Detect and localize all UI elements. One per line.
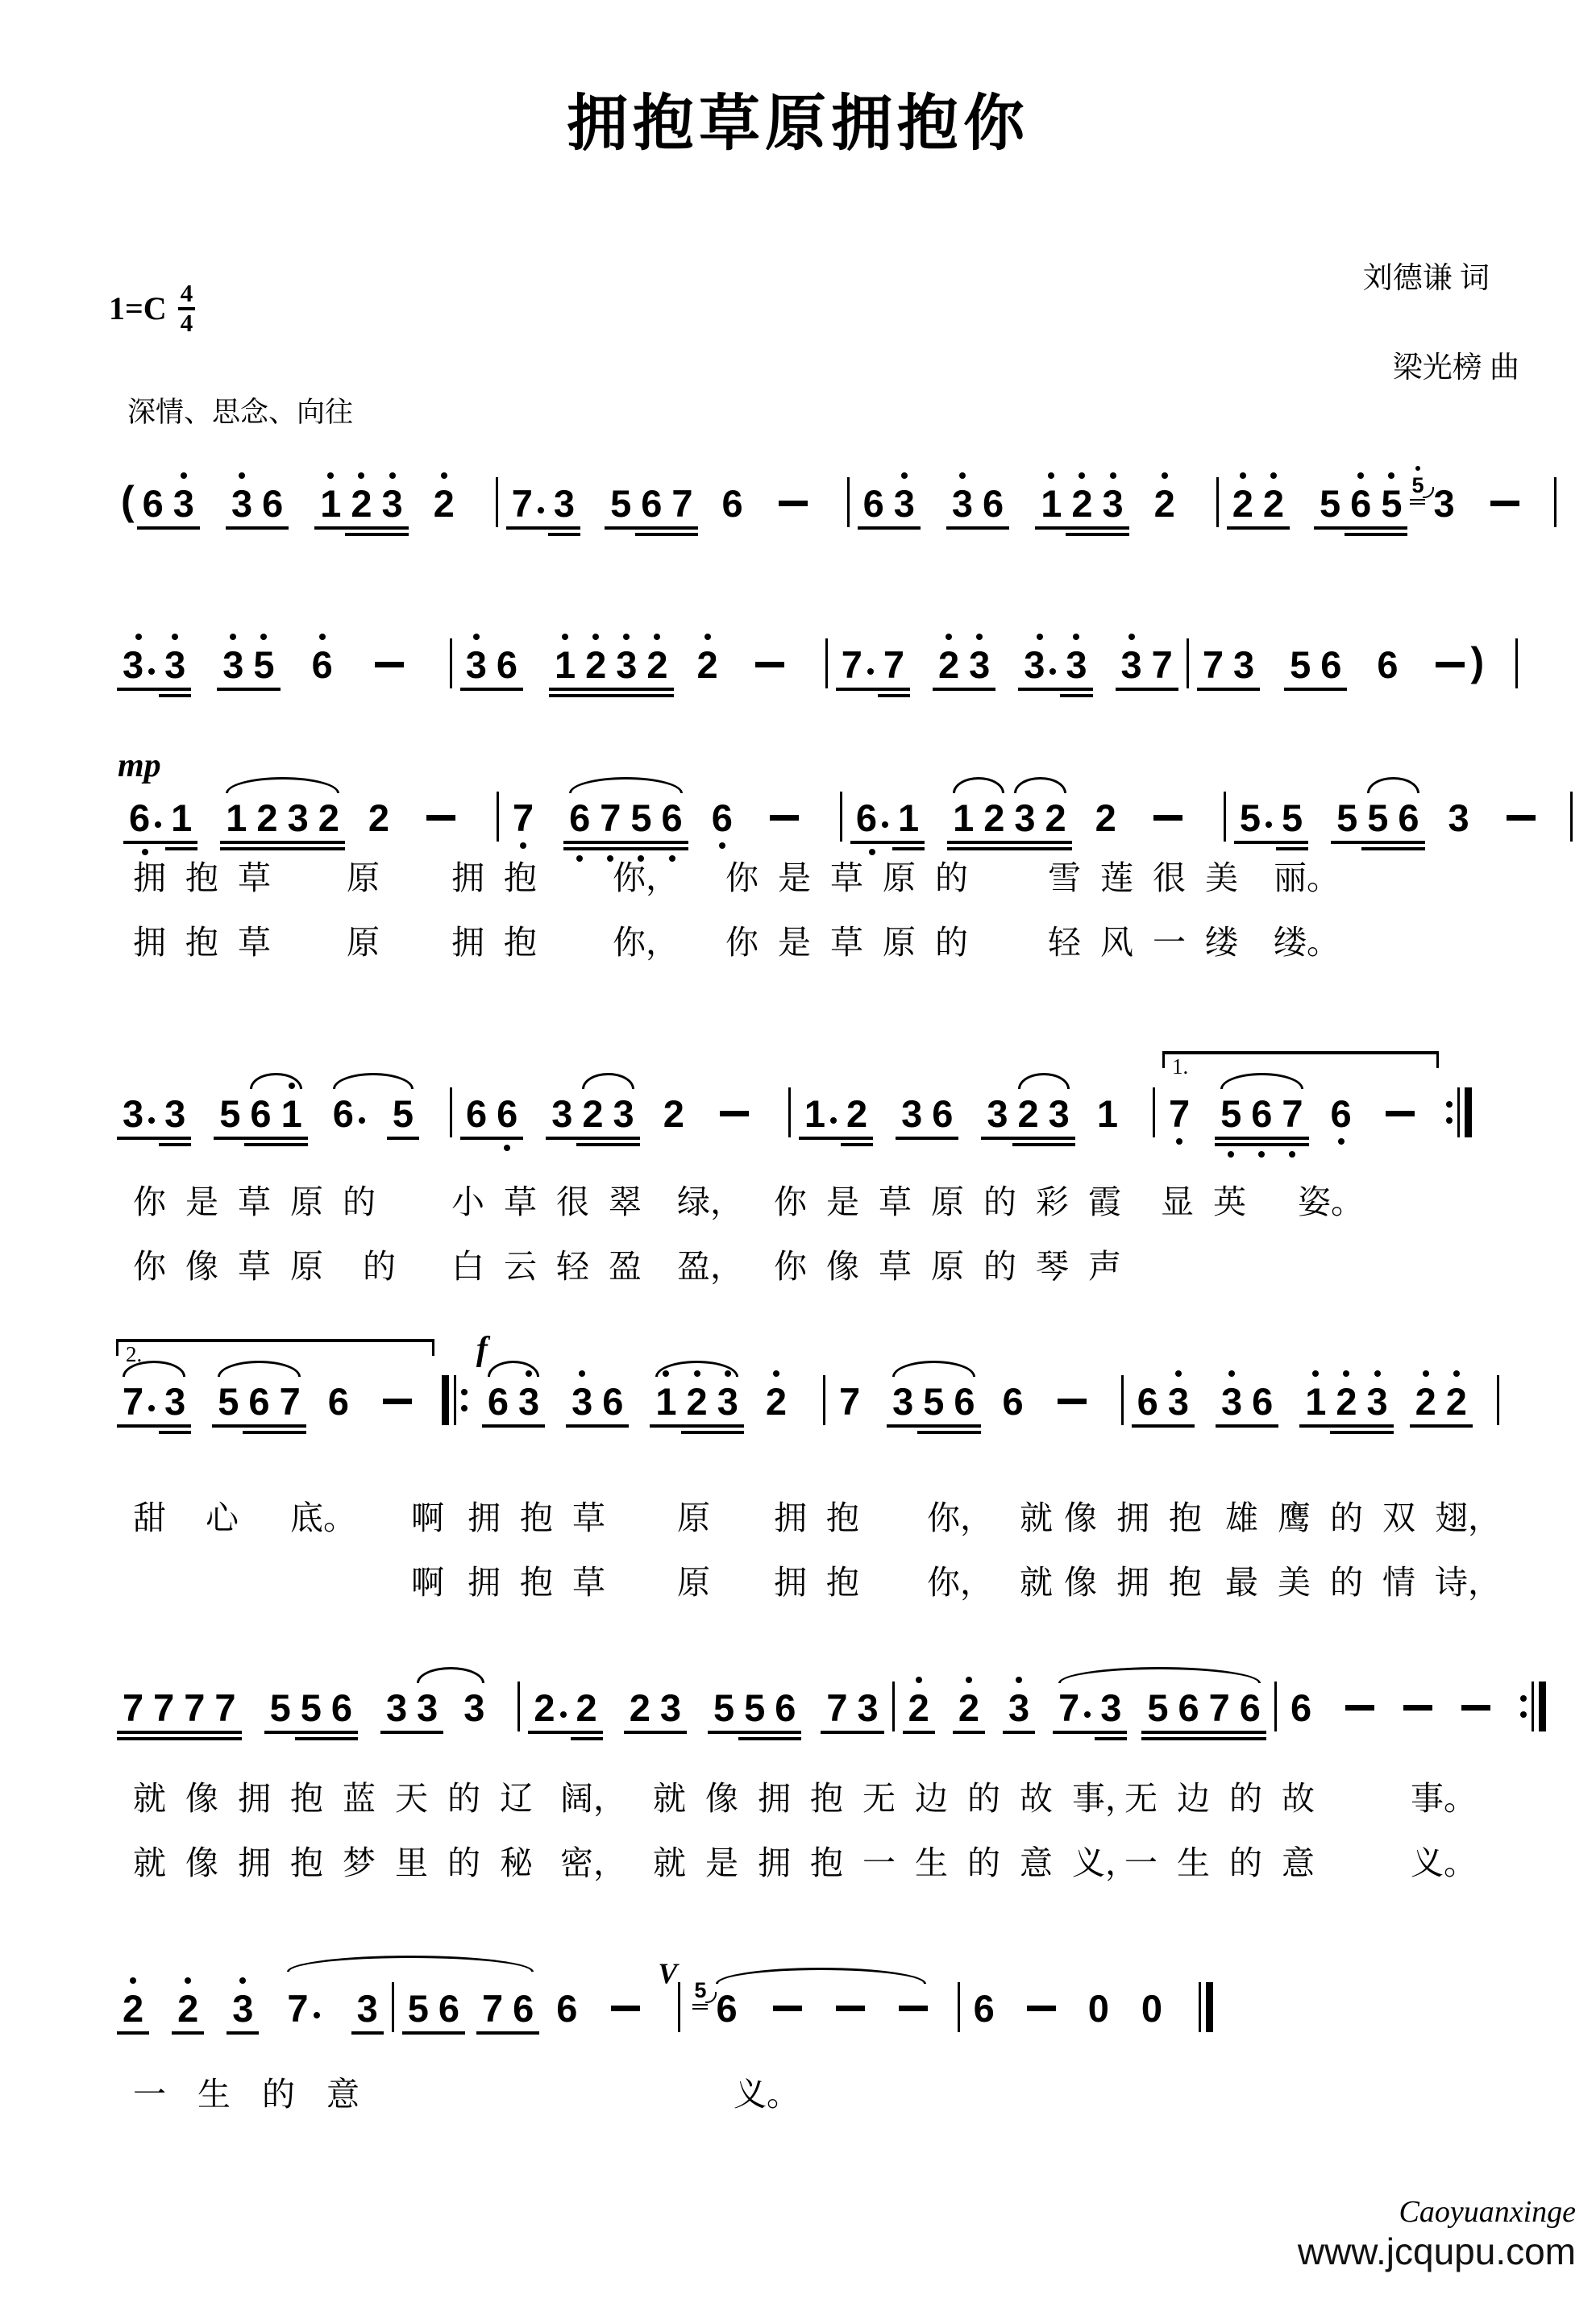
beam (566, 1424, 598, 1428)
spacer (328, 2026, 349, 2027)
beam (1141, 1737, 1174, 1740)
lyric-syllable: 抱 (290, 1836, 323, 1884)
lyric-syllable: 拥 (758, 1772, 791, 1819)
barline-thin (847, 477, 850, 527)
octave-dot (1128, 634, 1135, 640)
note: 2 (764, 1382, 788, 1420)
tempo-mood-marking: 深情、思念、向往 (127, 390, 353, 430)
lyric-syllable: 原 (347, 916, 380, 963)
barline-thin (1224, 792, 1226, 842)
spacer (547, 1419, 563, 1420)
spacer (1281, 1419, 1297, 1420)
spacer (676, 682, 689, 684)
note: 5 (299, 1689, 323, 1727)
note: 6 (331, 1095, 367, 1133)
lyric-syllable: 的 (967, 1772, 1000, 1819)
spacer (1526, 521, 1542, 522)
note: 3 (231, 1989, 255, 2027)
slur-group: 23 (1016, 1095, 1071, 1133)
note: 5 (1365, 799, 1390, 837)
spacer (202, 521, 223, 522)
lyric-syllable: 你， (613, 851, 679, 899)
note: 2 (1153, 484, 1177, 522)
barline-thin (496, 477, 498, 527)
beam (1216, 1424, 1248, 1428)
beam (1245, 1137, 1278, 1140)
lyric-syllable: 蓝 (343, 1772, 376, 1819)
note: 2 (584, 646, 608, 684)
spacer (1132, 521, 1146, 522)
lyric-syllable: 的 (343, 1175, 376, 1223)
note: 6 (437, 1989, 461, 2027)
note: 6 (710, 799, 734, 837)
beam (926, 1137, 958, 1140)
note: 5 (1288, 646, 1312, 684)
note: 7 (598, 799, 622, 837)
note: 2 (845, 1095, 869, 1133)
note: 7 (1207, 1689, 1232, 1727)
beam (1012, 1137, 1045, 1140)
spacer (462, 835, 484, 837)
spacer (1198, 1131, 1212, 1133)
spacer (868, 1419, 884, 1420)
octave-dot (230, 634, 236, 640)
beam (251, 847, 283, 850)
beam (708, 1731, 740, 1734)
slur-group: 567 (216, 1382, 301, 1420)
octave-dot (1446, 1101, 1453, 1108)
note: 5 (1335, 799, 1359, 837)
spacer (1126, 1131, 1141, 1133)
grace-note: 5 (1411, 475, 1424, 497)
beam (214, 1137, 246, 1140)
spacer (646, 2026, 659, 2027)
note: 7 (152, 1689, 176, 1727)
octave-dot (654, 634, 660, 640)
octave-dot (1289, 1151, 1295, 1158)
note: 6 (1319, 646, 1343, 684)
beam (1361, 1431, 1394, 1434)
lyric-syllable: 姿。 (1298, 1175, 1364, 1223)
beam (295, 1737, 327, 1740)
spacer (418, 1419, 430, 1420)
lyric-syllable: 啊 (411, 1556, 444, 1603)
note: 6 (972, 1989, 996, 2027)
note: 6 (141, 484, 165, 522)
beam (1361, 1424, 1394, 1428)
beam (351, 2031, 384, 2035)
spacer (912, 682, 930, 684)
lyric-syllable: 草 (572, 1556, 605, 1603)
lyric-syllable: 原 (677, 1556, 710, 1603)
spacer (1093, 1419, 1109, 1420)
beam (117, 2031, 149, 2035)
beam (1215, 1143, 1247, 1146)
octave-dot (1270, 472, 1277, 479)
lyric-syllable: 你， (613, 916, 679, 963)
parenthesis: ) (1471, 642, 1485, 682)
beam (656, 841, 688, 844)
beam (460, 688, 493, 691)
beam (596, 1424, 629, 1428)
beam (165, 847, 197, 850)
volta-label: 1. (1172, 1054, 1188, 1079)
note: 5 (609, 484, 633, 522)
note: 3 (380, 484, 405, 522)
lyric-syllable: 美 (1278, 1556, 1311, 1603)
duration-dash (770, 815, 799, 821)
beam (978, 847, 1010, 850)
note: 7 (121, 1382, 156, 1420)
beam (681, 1424, 713, 1428)
duration-dash (779, 501, 808, 506)
beam (1035, 526, 1067, 530)
octave-dot (1228, 1370, 1235, 1377)
lyric-syllable: 拥 (468, 1556, 501, 1603)
lyric-syllable: 啊 (411, 1491, 444, 1539)
note: 6 (1249, 1095, 1274, 1133)
note: 5 (251, 646, 276, 684)
lyric-syllable: 盈， (677, 1240, 743, 1287)
lyric-syllable: 你 (774, 1240, 807, 1287)
note: 2 (696, 646, 720, 684)
note: 3 (550, 1095, 574, 1133)
augmentation-dot (148, 1405, 155, 1411)
octave-dot (719, 842, 725, 849)
beam (594, 847, 626, 850)
beam (608, 1137, 640, 1140)
octave-dot (704, 634, 711, 640)
lyric-syllable: 心 (206, 1491, 239, 1539)
spacer (1183, 521, 1204, 522)
note: 6 (330, 1689, 354, 1727)
spacer (360, 1725, 378, 1727)
barline (1216, 477, 1219, 527)
augmentation-dot (867, 668, 874, 675)
lyric-syllable: 原 (677, 1491, 710, 1539)
beam (1410, 499, 1425, 501)
beam (580, 694, 612, 697)
note: 5 (391, 1095, 415, 1133)
note: 2 (367, 799, 391, 837)
volta-bracket: 2.735676 (121, 1382, 430, 1420)
beam (1276, 1137, 1308, 1140)
lyric-syllable: 一 (133, 2068, 166, 2115)
barline-thin (1153, 1087, 1155, 1137)
slur-group: 23 (580, 1095, 635, 1133)
note: 5 (1280, 799, 1304, 837)
beam (548, 526, 580, 530)
octave-dot (966, 1677, 972, 1683)
octave-dot (181, 472, 187, 479)
lyric-syllable: 抱 (290, 1772, 323, 1819)
spacer (1311, 1131, 1323, 1133)
note: 3 (163, 1095, 187, 1133)
lyric-syllable: 拥 (774, 1491, 807, 1539)
note: 1 (318, 484, 343, 522)
note: 6 (127, 799, 163, 837)
spacer (206, 2026, 224, 2027)
spacer (927, 835, 945, 837)
note: 3 (856, 1689, 880, 1727)
music-line: (63361232735676633612322256553 (121, 466, 1580, 522)
lyric-line: 拥抱草原拥抱你，你是草原的轻风一缕缕。 (121, 916, 1580, 956)
octave-dot (172, 634, 178, 640)
lyric-syllable: 就 (133, 1836, 166, 1884)
beam (251, 841, 283, 844)
final-barline (1199, 1982, 1213, 2032)
music-line: 77775563332223556732237356766 (121, 1670, 1580, 1727)
note: 2 (176, 1989, 200, 2027)
beam (1276, 841, 1308, 844)
barline (892, 1682, 895, 1731)
beam (888, 526, 921, 530)
lyric-syllable: 草 (238, 1175, 271, 1223)
key-label: 1=C (109, 289, 167, 327)
duration-dash (755, 662, 784, 667)
beam (1215, 1137, 1247, 1140)
beam (1276, 847, 1308, 850)
beam (326, 1731, 358, 1734)
note: 3 (614, 646, 638, 684)
beam (1096, 526, 1128, 530)
beam (376, 533, 409, 536)
beam (1375, 526, 1407, 530)
barline-thin (1532, 1682, 1534, 1731)
spacer (751, 521, 772, 522)
lyric-syllable: 你 (725, 851, 759, 899)
spacer (1074, 835, 1087, 837)
octave-dot (663, 1370, 669, 1377)
lyric-syllable: 是 (778, 851, 811, 899)
beam (947, 841, 979, 844)
note: 3 (517, 1382, 541, 1420)
lyric-syllable: 彩 (1036, 1175, 1069, 1223)
note: 6 (854, 799, 890, 837)
beam (858, 526, 890, 530)
barline (840, 792, 842, 842)
beam (274, 1431, 306, 1434)
lyric-syllable: 像 (705, 1772, 738, 1819)
lyric-syllable: 秘 (500, 1836, 533, 1884)
beam (947, 847, 979, 850)
lyric-syllable: 琴 (1036, 1240, 1069, 1287)
note: 5 (1238, 799, 1274, 837)
beam (1173, 1731, 1205, 1734)
beam (594, 841, 626, 844)
beam (1008, 841, 1041, 844)
lyric-line: 拥抱草原拥抱你，你是草原的雪莲很美丽。 (121, 851, 1580, 892)
octave-dot (1228, 1151, 1234, 1158)
beam (978, 841, 1010, 844)
note: 2 (1094, 799, 1118, 837)
beam (625, 847, 657, 850)
barline (392, 1982, 394, 2032)
beam (226, 526, 258, 530)
beam (641, 688, 673, 691)
spacer (1311, 835, 1328, 837)
lyric-syllable: 拥 (451, 851, 484, 899)
note: 3 (415, 1689, 439, 1727)
barline (1554, 477, 1557, 527)
spacer (805, 835, 828, 837)
augmentation-dot (359, 1117, 365, 1124)
lyric-syllable: 盈 (609, 1240, 642, 1287)
lyric-syllable: 就 (653, 1772, 686, 1819)
duration-dash (836, 2006, 865, 2011)
octave-dot (1016, 1677, 1022, 1683)
note: 3 (1007, 1689, 1031, 1727)
lyric-syllable: 雪 (1048, 851, 1081, 899)
beam (1246, 1424, 1278, 1428)
beam (1361, 841, 1394, 844)
note: 7 (837, 1382, 862, 1420)
duration-dash (720, 1111, 749, 1116)
barline (1187, 638, 1189, 688)
beam (244, 1137, 276, 1140)
beam (1066, 526, 1098, 530)
note: 3 (384, 1689, 409, 1727)
lyric-syllable: 一 (862, 1836, 896, 1884)
spacer (410, 682, 438, 684)
lyric-syllable: 边 (915, 1772, 948, 1819)
augmentation-dot (1266, 821, 1272, 828)
spacer (1360, 1131, 1379, 1133)
barline (1224, 792, 1226, 842)
note: 2 (580, 1095, 605, 1133)
octave-dot (520, 842, 526, 849)
beam (948, 1431, 980, 1434)
beam (1345, 526, 1377, 530)
beam (411, 1731, 443, 1734)
beam (1203, 1731, 1236, 1734)
octave-dot (1258, 1151, 1265, 1158)
spacer (983, 1419, 995, 1420)
beam (117, 1731, 149, 1734)
note: 6 (1329, 1095, 1353, 1133)
beam (917, 1431, 950, 1434)
beam (117, 1737, 149, 1740)
beam (1245, 1143, 1278, 1146)
lyric-syllable: 草 (879, 1175, 912, 1223)
note: 2 (1231, 484, 1255, 522)
beam (1060, 694, 1092, 697)
note: 5 (629, 799, 653, 837)
beam (1040, 847, 1072, 850)
note: 3 (1447, 799, 1471, 837)
beam (571, 1737, 603, 1740)
lyric-syllable: 抱 (185, 916, 218, 963)
note: 3 (221, 646, 245, 684)
spacer (1037, 1725, 1050, 1727)
octave-dot (526, 1370, 532, 1377)
lyric-syllable: 双 (1382, 1491, 1415, 1539)
beam (836, 688, 879, 691)
note: 3 (659, 1689, 683, 1727)
lyric-line: 就像拥抱蓝天的辽阔，就像拥抱无边的故事，无边的故事。 (121, 1772, 1580, 1812)
beam (580, 688, 612, 691)
note: 3 (552, 484, 576, 522)
beam (1330, 1431, 1362, 1434)
note: 2 (662, 1095, 686, 1133)
octave-dot (1312, 1370, 1319, 1377)
note: 2 (1044, 799, 1068, 837)
beam (635, 526, 667, 530)
sheet-music-page: 拥抱草原拥抱你 刘德谦 词 梁光榜 曲 1=C 4 4 深情、思念、向往 (63… (0, 0, 1596, 2303)
repeat-end-barline (1520, 1682, 1546, 1731)
note: 6 (1136, 1382, 1160, 1420)
slur-group: 735676 (1057, 1689, 1262, 1727)
spacer (987, 1725, 1000, 1727)
beam (313, 841, 345, 844)
octave-dot (1079, 472, 1085, 479)
note: 6 (310, 646, 335, 684)
note: 3 (163, 1382, 187, 1420)
octave-dot (1374, 1370, 1381, 1377)
lyric-syllable: 拥 (468, 1491, 501, 1539)
duration-dash (773, 2006, 802, 2011)
spacer (795, 1419, 811, 1420)
note: 1 (654, 1382, 678, 1420)
beam (650, 1424, 682, 1428)
barline (1274, 1682, 1277, 1731)
beam (137, 526, 169, 530)
spacer (1095, 682, 1113, 684)
lyric-syllable: 抱 (520, 1491, 553, 1539)
lyric-syllable: 生 (915, 1836, 948, 1884)
beam (738, 1731, 771, 1734)
note: 3 (716, 1382, 740, 1420)
barline (847, 477, 850, 527)
beam (1330, 1424, 1362, 1428)
lyric-syllable: 原 (290, 1240, 323, 1287)
note: 6 (660, 799, 684, 837)
note: 3 (891, 1382, 915, 1420)
beam (641, 694, 673, 697)
lyric-syllable: 像 (826, 1240, 859, 1287)
beam (712, 1424, 744, 1428)
barline (496, 477, 498, 527)
beam (227, 2031, 259, 2035)
beam (387, 1137, 419, 1140)
lyric-syllable: 的 (935, 916, 968, 963)
spacer (814, 521, 835, 522)
beam (1040, 841, 1072, 844)
octave-dot (579, 1370, 585, 1377)
spacer (791, 682, 813, 684)
repeat-start-barline (442, 1375, 468, 1425)
repeat-dots (1446, 1087, 1453, 1137)
spacer (463, 521, 484, 522)
octave-dot (441, 472, 447, 479)
note: 1 (896, 799, 921, 837)
note: 3 (1120, 646, 1144, 684)
octave-dot (946, 634, 952, 640)
lyric-syllable: 的 (447, 1772, 480, 1819)
barline-thin (840, 792, 842, 842)
beam (948, 1424, 980, 1428)
beam (217, 688, 249, 691)
octave-dot (1453, 1370, 1460, 1377)
beam (963, 688, 995, 691)
note: 1 (1039, 484, 1063, 522)
note: 6 (495, 1095, 519, 1133)
spacer (526, 1131, 543, 1133)
beam (491, 688, 523, 691)
beam (482, 1424, 514, 1428)
beam (1228, 688, 1260, 691)
spacer (1170, 2026, 1187, 2027)
